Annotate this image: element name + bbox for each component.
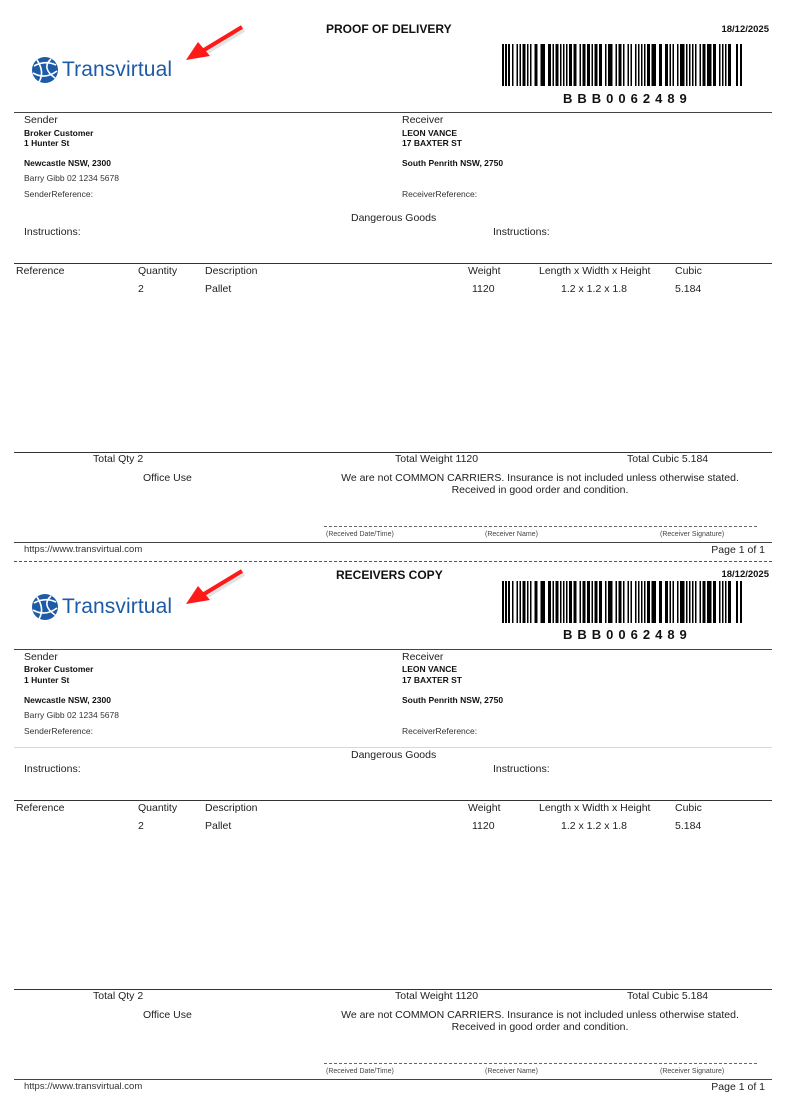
sender-address: 1 Hunter St — [24, 138, 69, 148]
receiver-name: LEON VANCE — [402, 128, 457, 138]
receiver-city: South Penrith NSW, 2750 — [402, 695, 503, 705]
address-divider — [14, 747, 772, 748]
receivers-copy: RECEIVERS COPY 18/12/2025 Transvirtual B… — [0, 562, 788, 1115]
transvirtual-logo: Transvirtual — [31, 56, 172, 84]
footer-url[interactable]: https://www.transvirtual.com — [24, 1081, 142, 1092]
column-header-description: Description — [205, 265, 258, 277]
cell-cubic: 5.184 — [675, 820, 701, 832]
brand-name: Transvirtual — [62, 595, 172, 619]
transvirtual-logo: Transvirtual — [31, 593, 172, 621]
sender-name: Broker Customer — [24, 128, 93, 138]
document-date: 18/12/2025 — [721, 24, 769, 35]
cell-quantity: 2 — [138, 820, 144, 832]
sender-reference-label: SenderReference: — [24, 726, 93, 736]
red-arrow-icon — [180, 22, 250, 64]
cell-description: Pallet — [205, 820, 231, 832]
cell-dimensions: 1.2 x 1.2 x 1.8 — [561, 283, 627, 295]
column-header-weight: Weight — [468, 265, 501, 277]
disclaimer: We are not COMMON CARRIERS. Insurance is… — [330, 1009, 750, 1033]
barcode-number: BBB0062489 — [563, 91, 692, 106]
signature-line — [324, 526, 757, 527]
sender-contact: Barry Gibb 02 1234 5678 — [24, 710, 119, 720]
barcode-number: BBB0062489 — [563, 627, 692, 642]
globe-icon — [31, 56, 59, 84]
column-header-cubic: Cubic — [675, 265, 702, 277]
total-cubic: Total Cubic 5.184 — [627, 453, 708, 465]
footer-url[interactable]: https://www.transvirtual.com — [24, 544, 142, 555]
footer-divider — [14, 1079, 772, 1080]
receiver-heading: Receiver — [402, 114, 443, 126]
office-use-label: Office Use — [143, 472, 192, 484]
received-date-time-label: (Received Date/Time) — [326, 531, 394, 538]
column-header-quantity: Quantity — [138, 265, 177, 277]
document-title: PROOF OF DELIVERY — [326, 22, 452, 36]
cell-cubic: 5.184 — [675, 283, 701, 295]
barcode — [502, 581, 742, 623]
cell-weight: 1120 — [472, 283, 495, 295]
receiver-city: South Penrith NSW, 2750 — [402, 158, 503, 168]
disclaimer-line-2: Received in good order and condition. — [330, 1021, 750, 1033]
dangerous-goods-label: Dangerous Goods — [351, 749, 436, 761]
column-header-quantity: Quantity — [138, 802, 177, 814]
disclaimer: We are not COMMON CARRIERS. Insurance is… — [330, 472, 750, 496]
receiver-name-label: (Receiver Name) — [485, 531, 538, 538]
column-header-description: Description — [205, 802, 258, 814]
sender-reference-label: SenderReference: — [24, 189, 93, 199]
header-divider — [14, 649, 772, 650]
sender-heading: Sender — [24, 651, 58, 663]
sender-instructions-label: Instructions: — [24, 763, 81, 775]
sender-heading: Sender — [24, 114, 58, 126]
cell-weight: 1120 — [472, 820, 495, 832]
column-header-reference: Reference — [16, 802, 64, 814]
page-number: Page 1 of 1 — [711, 1081, 765, 1093]
header-divider — [14, 112, 772, 113]
cell-description: Pallet — [205, 283, 231, 295]
receiver-signature-label: (Receiver Signature) — [660, 1068, 724, 1075]
receiver-name: LEON VANCE — [402, 664, 457, 674]
total-qty: Total Qty 2 — [93, 453, 143, 465]
cell-dimensions: 1.2 x 1.2 x 1.8 — [561, 820, 627, 832]
column-header-dimensions: Length x Width x Height — [539, 265, 650, 277]
dangerous-goods-label: Dangerous Goods — [351, 212, 436, 224]
barcode — [502, 44, 742, 86]
page-number: Page 1 of 1 — [711, 544, 765, 556]
sender-instructions-label: Instructions: — [24, 226, 81, 238]
document-date: 18/12/2025 — [721, 569, 769, 580]
sender-name: Broker Customer — [24, 664, 93, 674]
receiver-address: 17 BAXTER ST — [402, 675, 462, 685]
column-header-weight: Weight — [468, 802, 501, 814]
receiver-instructions-label: Instructions: — [493, 763, 550, 775]
column-header-dimensions: Length x Width x Height — [539, 802, 650, 814]
disclaimer-line-2: Received in good order and condition. — [330, 484, 750, 496]
sender-contact: Barry Gibb 02 1234 5678 — [24, 173, 119, 183]
footer-divider — [14, 542, 772, 543]
total-qty: Total Qty 2 — [93, 990, 143, 1002]
column-header-cubic: Cubic — [675, 802, 702, 814]
receiver-signature-label: (Receiver Signature) — [660, 531, 724, 538]
sender-address: 1 Hunter St — [24, 675, 69, 685]
globe-icon — [31, 593, 59, 621]
receiver-reference-label: ReceiverReference: — [402, 726, 477, 736]
table-top-divider — [14, 263, 772, 264]
cell-quantity: 2 — [138, 283, 144, 295]
total-weight: Total Weight 1120 — [395, 990, 478, 1002]
disclaimer-line-1: We are not COMMON CARRIERS. Insurance is… — [330, 1009, 750, 1021]
red-arrow-icon — [180, 566, 250, 608]
total-cubic: Total Cubic 5.184 — [627, 990, 708, 1002]
sender-city: Newcastle NSW, 2300 — [24, 158, 111, 168]
column-header-reference: Reference — [16, 265, 64, 277]
receiver-instructions-label: Instructions: — [493, 226, 550, 238]
receiver-name-label: (Receiver Name) — [485, 1068, 538, 1075]
document-title: RECEIVERS COPY — [336, 568, 443, 582]
signature-line — [324, 1063, 757, 1064]
disclaimer-line-1: We are not COMMON CARRIERS. Insurance is… — [330, 472, 750, 484]
total-weight: Total Weight 1120 — [395, 453, 478, 465]
receiver-address: 17 BAXTER ST — [402, 138, 462, 148]
received-date-time-label: (Received Date/Time) — [326, 1068, 394, 1075]
table-top-divider — [14, 800, 772, 801]
office-use-label: Office Use — [143, 1009, 192, 1021]
receiver-heading: Receiver — [402, 651, 443, 663]
receiver-reference-label: ReceiverReference: — [402, 189, 477, 199]
proof-of-delivery-copy: PROOF OF DELIVERY 18/12/2025 Transvirtua… — [0, 0, 788, 562]
sender-city: Newcastle NSW, 2300 — [24, 695, 111, 705]
brand-name: Transvirtual — [62, 58, 172, 82]
